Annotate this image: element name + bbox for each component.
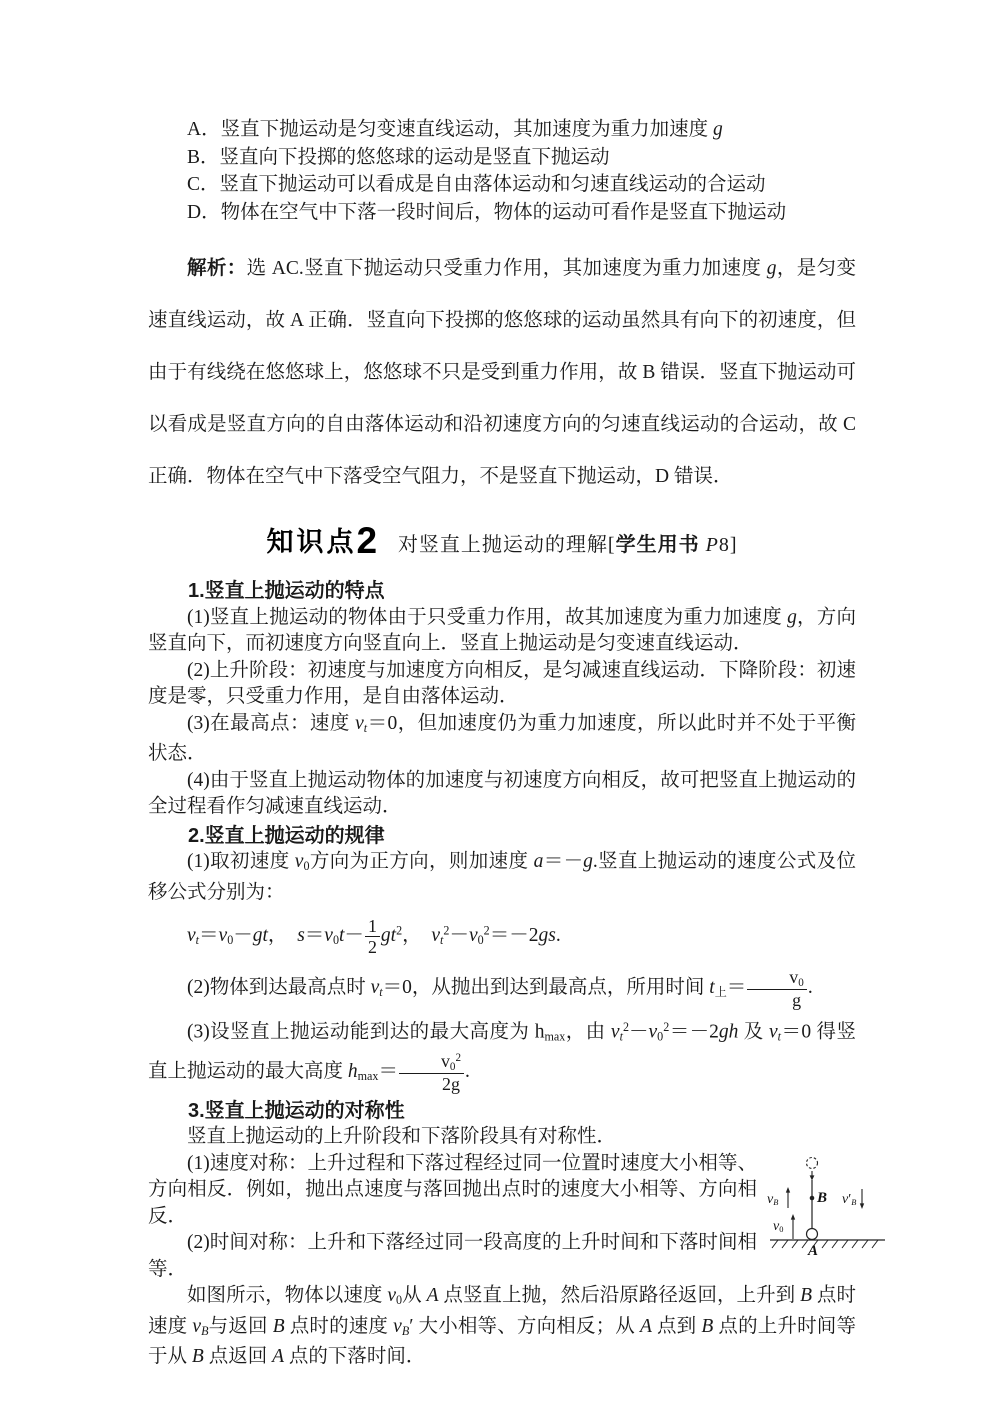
analysis-label: 解析： xyxy=(187,257,247,279)
section-3-paragraph: (2)时间对称：上升和下落经过同一段高度的上升时间和下落时间相等． xyxy=(148,1230,856,1283)
figure-label-vb: vB xyxy=(767,1193,778,1208)
choice-options: A．竖直下抛运动是匀变速直线运动，其加速度为重力加速度 g B．竖直向下投掷的悠… xyxy=(148,116,856,226)
figure-label-point-b: B xyxy=(817,1191,827,1206)
section-3: 3.竖直上抛运动的对称性 竖直上抛运动的上升阶段和下落阶段具有对称性． xyxy=(148,1098,856,1371)
section-1-heading: 1.竖直上抛运动的特点 xyxy=(148,578,856,605)
section-1-paragraph: (4)由于竖直上抛运动物体的加速度与初速度方向相反，故可把竖直上抛运动的全过程看… xyxy=(148,768,856,821)
knowledge-point-title: 对竖直上抛运动的理解[学生用书 P8] xyxy=(398,534,738,556)
section-3-paragraph: 竖直上抛运动的上升阶段和下落阶段具有对称性． xyxy=(148,1124,856,1151)
knowledge-point-badge: 知识点2 xyxy=(266,527,377,557)
knowledge-content: 1.竖直上抛运动的特点 (1)竖直上抛运动的物体由于只受重力作用，故其加速度为重… xyxy=(148,578,856,1371)
vb-prime-down-arrowhead xyxy=(860,1203,864,1209)
section-2-paragraph: (1)取初速度 v0方向为正方向，则加速度 a＝－g.竖直上抛运动的速度公式及位… xyxy=(148,849,856,906)
knowledge-point-badge-text: 知识点 xyxy=(266,527,356,557)
section-3-paragraph: 如图所示，物体以速度 v0从 A 点竖直上抛，然后沿原路径返回，上升到 B 点时… xyxy=(148,1283,856,1371)
point-b-dot xyxy=(810,1196,815,1201)
apex-ball-dashed xyxy=(807,1157,818,1168)
figure-label-point-a: A xyxy=(808,1244,818,1259)
section-2-paragraph: (3)设竖直上抛运动能到达的最大高度为 hmax，由 vt2－v02＝－2gh … xyxy=(148,1014,856,1093)
ground-hatching xyxy=(772,1240,878,1248)
vb-up-arrowhead xyxy=(786,1187,790,1193)
knowledge-point-number: 2 xyxy=(356,520,377,561)
analysis-paragraph: 解析：选 AC.竖直下抛运动只受重力作用，其加速度为重力加速度 g，是匀变速直线… xyxy=(148,242,856,503)
vertical-throw-figure: vB v0 v′B B A xyxy=(765,1153,890,1257)
figure-label-v0: v0 xyxy=(773,1220,783,1235)
section-1-paragraph: (3)在最高点：速度 vt＝0，但加速度仍为重力加速度，所以此时并不处于平衡状态… xyxy=(148,711,856,768)
section-2-heading: 2.竖直上抛运动的规律 xyxy=(148,823,856,850)
ball-at-ground xyxy=(807,1228,818,1239)
figure-label-vb-prime: v′B xyxy=(842,1193,856,1208)
v0-up-arrowhead xyxy=(791,1214,795,1220)
vertical-throw-diagram xyxy=(765,1153,890,1257)
section-3-paragraph: (1)速度对称：上升过程和下落过程经过同一位置时速度大小相等、方向相反．例如，抛… xyxy=(148,1151,856,1231)
section-2-paragraph: (2)物体到达最高点时 vt＝0，从抛出到达到最高点，所用时间 t上＝v0g. xyxy=(148,967,856,1010)
document-page: A．竖直下抛运动是匀变速直线运动，其加速度为重力加速度 g B．竖直向下投掷的悠… xyxy=(0,0,1000,1371)
apex-down-arrowhead xyxy=(810,1175,815,1180)
section-3-heading: 3.竖直上抛运动的对称性 xyxy=(148,1098,856,1125)
analysis-body: 选 AC.竖直下抛运动只受重力作用，其加速度为重力加速度 g，是匀变速直线运动，… xyxy=(148,258,856,487)
section-1-paragraph: (2)上升阶段：初速度与加速度方向相反，是匀减速直线运动．下降阶段：初速度是零，… xyxy=(148,658,856,711)
velocity-displacement-formula: vt＝v0－gt， s＝v0t－12gt2， vt2－v02＝－2gs. xyxy=(148,916,856,957)
option-d: D．物体在空气中下落一段时间后，物体的运动可看作是竖直下抛运动 xyxy=(148,199,856,227)
option-c: C．竖直下抛运动可以看成是自由落体运动和匀速直线运动的合运动 xyxy=(148,171,856,199)
option-b: B．竖直向下投掷的悠悠球的运动是竖直下抛运动 xyxy=(148,144,856,172)
option-a: A．竖直下抛运动是匀变速直线运动，其加速度为重力加速度 g xyxy=(148,116,856,144)
section-1-paragraph: (1)竖直上抛运动的物体由于只受重力作用，故其加速度为重力加速度 g，方向竖直向… xyxy=(148,605,856,658)
knowledge-point-header: 知识点2 对竖直上抛运动的理解[学生用书 P8] xyxy=(148,519,856,568)
